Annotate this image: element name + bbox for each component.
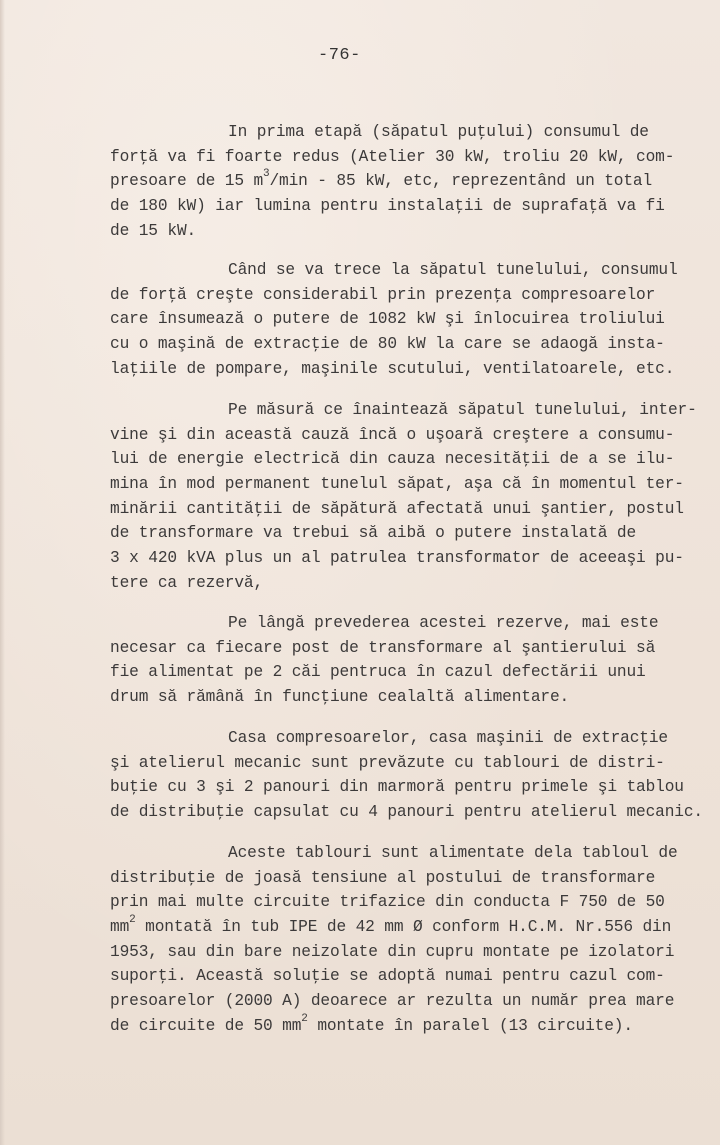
text-line: lui de energie electrică din cauza neces… bbox=[110, 447, 720, 472]
text-line: laţiile de pompare, maşinile scutului, v… bbox=[110, 357, 720, 382]
text-line: suporţi. Această soluţie se adoptă numai… bbox=[110, 964, 720, 989]
text-line: cu o maşină de extracţie de 80 kW la car… bbox=[110, 332, 720, 357]
paragraph-lighting-transformer: Pe măsură ce înaintează săpatul tunelulu… bbox=[110, 398, 720, 596]
text-line: care însumează o putere de 1082 kW şi în… bbox=[110, 307, 720, 332]
page-edge-shadow bbox=[0, 0, 5, 1145]
page-number: -76- bbox=[318, 46, 361, 65]
text-line: mm2 montată în tub IPE de 42 mm Ø confor… bbox=[110, 915, 720, 940]
text-line: presoarelor (2000 A) deoarece ar rezulta… bbox=[110, 989, 720, 1014]
text-line: 1953, sau din bare neizolate din cupru m… bbox=[110, 940, 720, 965]
text-line: tere ca rezervă, bbox=[110, 571, 720, 596]
text-line: de 15 kW. bbox=[110, 219, 720, 244]
text-line: Casa compresoarelor, casa maşinii de ext… bbox=[110, 726, 720, 751]
text-line: de distribuţie capsulat cu 4 panouri pen… bbox=[110, 800, 720, 825]
text-line: Când se va trece la săpatul tunelului, c… bbox=[110, 258, 720, 283]
text-line: Aceste tablouri sunt alimentate dela tab… bbox=[110, 841, 720, 866]
paragraph-board-supply: Aceste tablouri sunt alimentate dela tab… bbox=[110, 841, 720, 1039]
text-line: In prima etapă (săpatul puţului) consumu… bbox=[110, 120, 720, 145]
text-line: Pe lângă prevederea acestei rezerve, mai… bbox=[110, 611, 720, 636]
paragraph-distribution-boards: Casa compresoarelor, casa maşinii de ext… bbox=[110, 726, 720, 825]
text-line: de forţă creşte considerabil prin prezen… bbox=[110, 283, 720, 308]
text-line: prin mai multe circuite trifazice din co… bbox=[110, 890, 720, 915]
text-line: de circuite de 50 mm2 montate în paralel… bbox=[110, 1014, 720, 1039]
text-line: de 180 kW) iar lumina pentru instalaţii … bbox=[110, 194, 720, 219]
text-line: buţie cu 3 şi 2 panouri din marmoră pent… bbox=[110, 775, 720, 800]
paragraph-tunnel-phase: Când se va trece la săpatul tunelului, c… bbox=[110, 258, 720, 381]
text-line: şi atelierul mecanic sunt prevăzute cu t… bbox=[110, 751, 720, 776]
text-line: drum să rămână în funcţiune cealaltă ali… bbox=[110, 685, 720, 710]
text-line: presoare de 15 m3/min - 85 kW, etc, repr… bbox=[110, 169, 720, 194]
text-line: distribuţie de joasă tensiune al postulu… bbox=[110, 866, 720, 891]
text-line: Pe măsură ce înaintează săpatul tunelulu… bbox=[110, 398, 720, 423]
text-line: de transformare va trebui să aibă o pute… bbox=[110, 521, 720, 546]
text-line: mina în mod permanent tunelul săpat, aşa… bbox=[110, 472, 720, 497]
text-line: forţă va fi foarte redus (Atelier 30 kW,… bbox=[110, 145, 720, 170]
text-line: necesar ca fiecare post de transformare … bbox=[110, 636, 720, 661]
paragraph-shaft-phase: In prima etapă (săpatul puţului) consumu… bbox=[110, 120, 720, 243]
paragraph-dual-supply: Pe lângă prevederea acestei rezerve, mai… bbox=[110, 611, 720, 710]
text-line: minării cantităţii de săpătură afectată … bbox=[110, 497, 720, 522]
text-line: fie alimentat pe 2 căi pentruca în cazul… bbox=[110, 660, 720, 685]
text-line: vine şi din această cauză încă o uşoară … bbox=[110, 423, 720, 448]
text-line: 3 x 420 kVA plus un al patrulea transfor… bbox=[110, 546, 720, 571]
